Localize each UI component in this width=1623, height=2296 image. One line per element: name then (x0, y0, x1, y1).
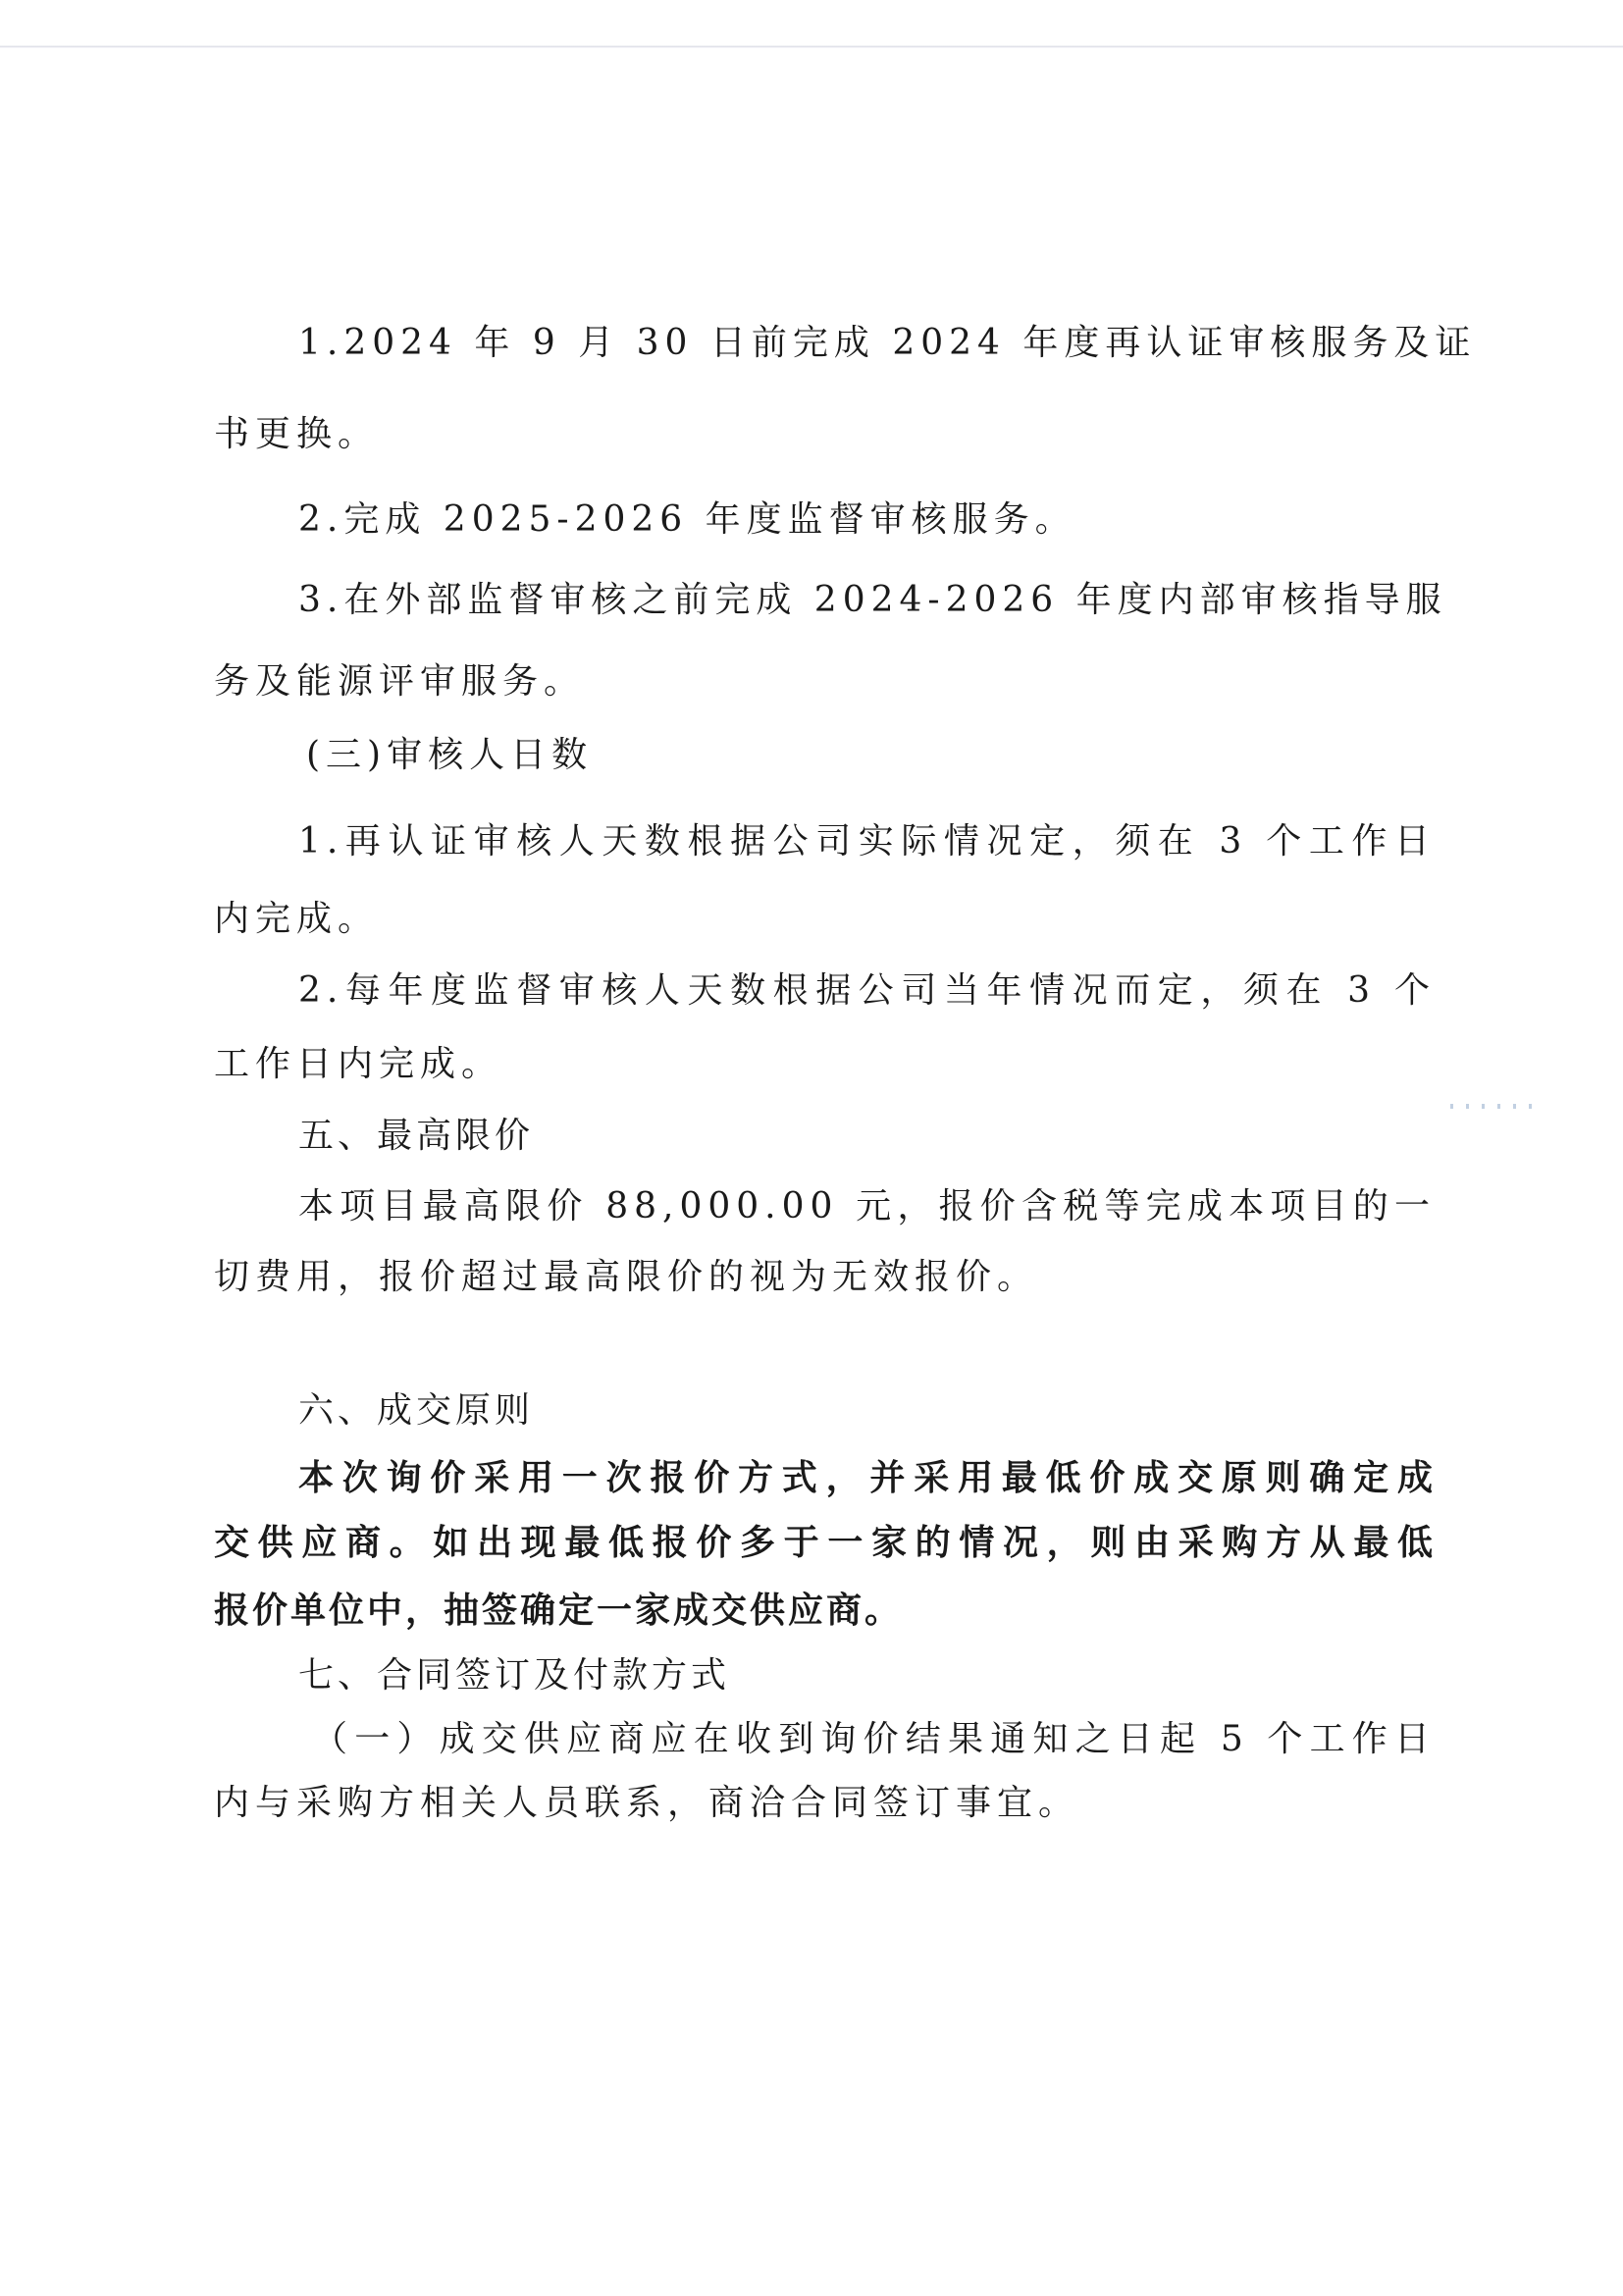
subsection-heading: (三)审核人日数 (306, 734, 1443, 777)
paragraph-line: 2.每年度监督审核人天数根据公司当年情况而定，须在 3 个 (298, 969, 1436, 1013)
section-heading-contract-payment: 七、合同签订及付款方式 (298, 1654, 1436, 1697)
paragraph-line: 1.再认证审核人天数根据公司实际情况定，须在 3 个工作日 (298, 820, 1436, 863)
paragraph-line: 内完成。 (214, 898, 1436, 941)
paragraph-line: 书更换。 (214, 413, 1436, 456)
paragraph-line: 1.2024 年 9 月 30 日前完成 2024 年度再认证审核服务及证 (298, 322, 1436, 365)
paragraph-line: 工作日内完成。 (214, 1043, 1436, 1086)
paragraph-line: 切费用，报价超过最高限价的视为无效报价。 (214, 1256, 1436, 1299)
section-heading-max-price: 五、最高限价 (298, 1115, 1436, 1158)
document-page: 1.2024 年 9 月 30 日前完成 2024 年度再认证审核服务及证 书更… (0, 0, 1623, 2296)
paragraph-line-bold: 本次询价采用一次报价方式，并采用最低价成交原则确定成 (298, 1457, 1436, 1500)
paragraph-line: 内与采购方相关人员联系，商洽合同签订事宜。 (214, 1782, 1436, 1825)
paragraph-line: 3.在外部监督审核之前完成 2024-2026 年度内部审核指导服 (298, 579, 1436, 622)
paragraph-line: （一）成交供应商应在收到询价结果通知之日起 5 个工作日 (312, 1718, 1436, 1761)
paragraph-line: 务及能源评审服务。 (214, 660, 1436, 704)
section-heading-award-principle: 六、成交原则 (298, 1389, 1436, 1433)
paragraph-line-bold: 报价单位中，抽签确定一家成交供应商。 (214, 1590, 1436, 1633)
paragraph-line: 本项目最高限价 88,000.00 元，报价含税等完成本项目的一 (298, 1185, 1436, 1228)
paragraph-line-bold: 交供应商。如出现最低报价多于一家的情况，则由采购方从最低 (214, 1522, 1436, 1565)
paragraph-line: 2.完成 2025-2026 年度监督审核服务。 (298, 498, 1436, 542)
